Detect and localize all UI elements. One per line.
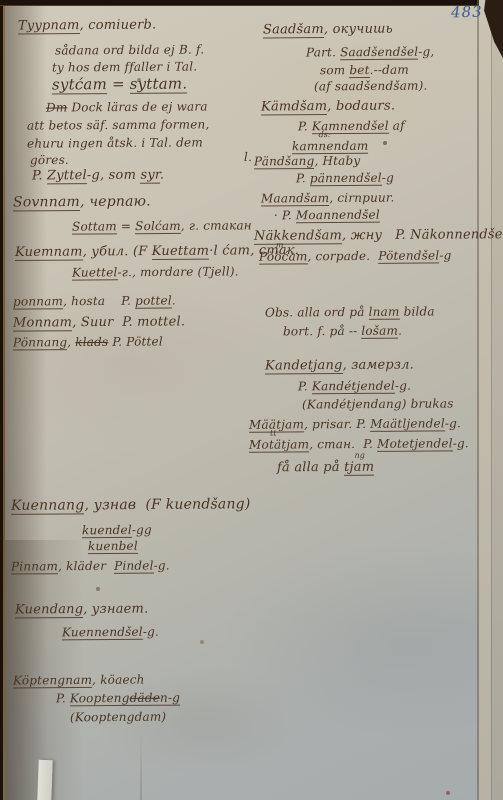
text-segment: l.: [244, 150, 252, 164]
text-segment: Maandšam: [261, 191, 329, 206]
manuscript-line: kamnendamds:: [292, 139, 368, 154]
text-segment: , bodaurs.: [327, 99, 395, 114]
text-segment: , cirnpuur.: [329, 191, 394, 205]
manuscript-line: bort. f. på -- lošam.: [283, 324, 402, 339]
text-segment: Maätljendel: [370, 416, 445, 432]
interlinear-note: m: [276, 241, 284, 250]
text-segment: , corpade.: [307, 249, 378, 263]
text-segment: , prisar. P.: [304, 417, 370, 431]
text-segment: , стан. P.: [309, 437, 377, 451]
text-segment: Kämdšam: [261, 99, 327, 115]
text-segment: Pändšang: [254, 154, 315, 169]
manuscript-line: Part. Saadšendšel-g,: [306, 45, 435, 60]
text-segment: P.: [298, 119, 312, 133]
text-segment: -g: [439, 248, 451, 262]
text-segment: , замерзл.: [343, 357, 415, 372]
manuscript-line: · P. Moannendšel: [274, 208, 380, 223]
manuscript-line: P. Kamnendšel af: [298, 119, 405, 134]
text-segment: Motetjendel: [377, 436, 453, 452]
manuscript-line: (af saadšendšam).: [314, 79, 428, 94]
manuscript-line: Obs. alla ord på lnam bilda: [265, 304, 435, 319]
text-segment: -g.: [395, 379, 411, 393]
text-segment: Part.: [306, 45, 340, 59]
manuscript-line: Määtjam, prisar. P. Maätljendel-g.: [249, 416, 461, 431]
column-right: Saadšam, окучишьPart. Saadšendšel-g,som …: [0, 0, 503, 800]
manuscript-line: Pööćamm, corpade. Pötendšel-g: [259, 248, 452, 263]
manuscript-line: Pändšang, Htaby: [254, 154, 360, 169]
text-segment: pännendšel: [310, 171, 382, 187]
text-segment: Kandétjendel: [312, 379, 395, 395]
text-segment: bet: [349, 63, 369, 78]
text-segment: Obs. alla ord på: [265, 305, 369, 320]
text-segment: P.: [298, 379, 312, 393]
text-segment: Moannendšel: [296, 208, 380, 224]
text-segment: Saadšam: [263, 22, 324, 38]
text-segment: Määtjam: [249, 417, 304, 432]
text-segment: , окучишь: [324, 22, 393, 37]
text-segment: -g.: [445, 416, 461, 430]
text-segment: Pööćamm: [259, 249, 308, 264]
interlinear-note: ds:: [319, 130, 331, 139]
text-segment: · P.: [274, 208, 296, 222]
manuscript-line: Kandetjang, замерзл.: [265, 357, 414, 373]
text-segment: som: [320, 63, 349, 77]
text-segment: Motätjamtt: [249, 437, 309, 452]
text-segment: kamnendamds:: [292, 139, 368, 155]
page-number: 483: [451, 2, 483, 21]
text-segment: -g.: [453, 436, 469, 450]
manuscript-line: som bet.--dam: [320, 63, 409, 78]
manuscript-line: l.: [244, 150, 252, 164]
text-segment: af: [389, 119, 405, 133]
text-segment: lnam: [369, 305, 400, 320]
manuscript-line: få alla på tjamng: [277, 460, 374, 476]
manuscript-line: P. pännendšel-g: [296, 171, 394, 186]
text-segment: P.: [296, 171, 310, 185]
text-segment: , жну P. Näkonnendšel.: [342, 227, 503, 243]
text-segment: tjamng: [344, 460, 374, 476]
text-segment: .--dam: [370, 63, 409, 77]
interlinear-note: tt: [270, 429, 277, 438]
manuscript-line: P. Kandétjendel-g.: [298, 379, 411, 394]
manuscript-line: Motätjamtt, стан. P. Motetjendel-g.: [249, 436, 469, 452]
text-segment: Saadšendšel: [340, 45, 418, 61]
text-segment: Pötendšel: [378, 248, 439, 263]
manuscript-line: Maandšam, cirnpuur.: [261, 191, 395, 206]
text-segment: (af saadšendšam).: [314, 79, 428, 94]
manuscript-line: Näkkendšam, жну P. Näkonnendšel.: [254, 227, 503, 244]
text-segment: (Kandétjendang) brukas: [302, 396, 454, 411]
manuscript-line: Kämdšam, bodaurs.: [261, 99, 395, 115]
manuscript-line: Saadšam, окучишь: [263, 22, 393, 38]
interlinear-note: ng: [354, 451, 364, 460]
text-segment: Näkkendšam: [254, 228, 342, 245]
text-segment: , Htaby: [314, 154, 360, 168]
text-segment: Kandetjang: [265, 358, 343, 375]
text-segment: bilda: [399, 304, 434, 318]
text-segment: .: [398, 324, 402, 338]
text-segment: bort. f. på --: [283, 324, 361, 339]
text-segment: -g,: [418, 45, 434, 59]
text-segment: -g: [382, 171, 394, 185]
manuscript-photo: 483 Tyypnam, comiuerb.sådana ord bilda e…: [0, 0, 503, 800]
text-segment: få alla på: [277, 460, 344, 475]
text-segment: lošam: [361, 324, 398, 339]
manuscript-line: (Kandétjendang) brukas: [302, 396, 454, 411]
